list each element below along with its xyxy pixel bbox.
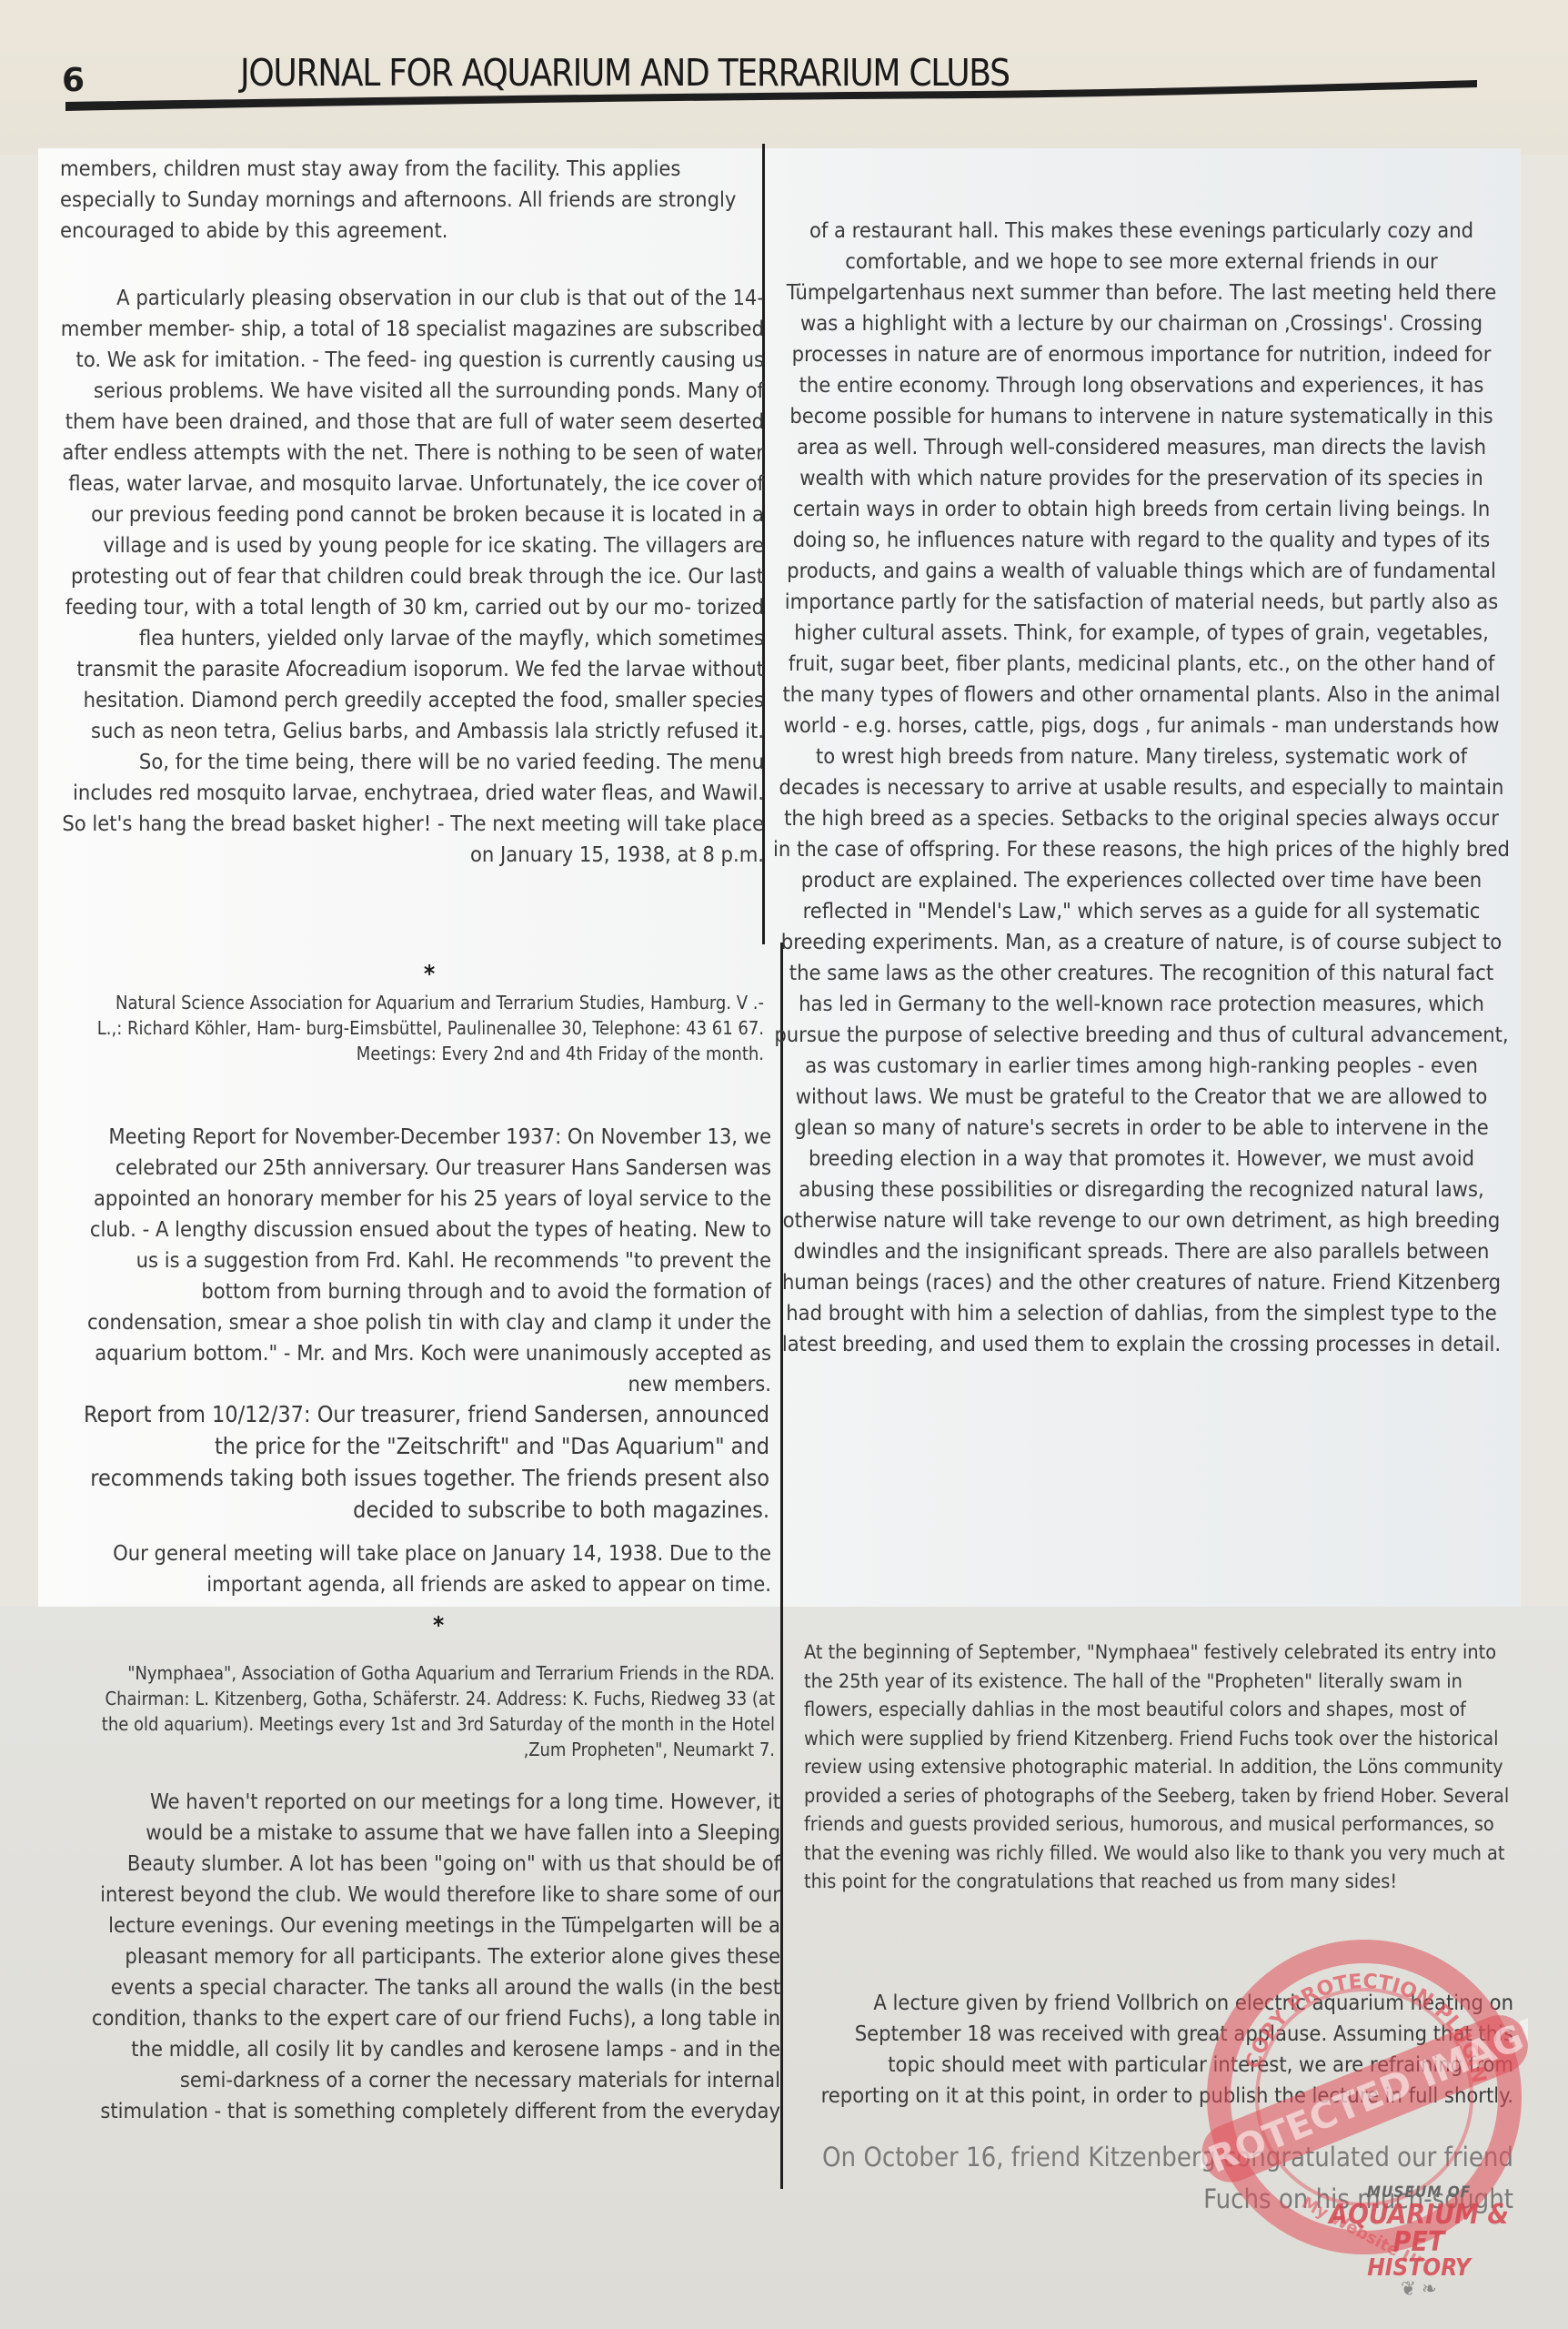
feeding-report-paragraph: A particularly pleasing observation in o… bbox=[60, 282, 764, 870]
section-separator: * bbox=[433, 1612, 444, 1639]
report-10-12-37-paragraph: Report from 10/12/37: Our treasurer, fri… bbox=[78, 1398, 769, 1526]
vollbrich-lecture-paragraph: A lecture given by friend Vollbrich on e… bbox=[804, 1987, 1513, 2111]
october-note-paragraph: On October 16, friend Kitzenberg congrat… bbox=[804, 2136, 1513, 2220]
anniversary-report-paragraph: At the beginning of September, "Nymphaea… bbox=[804, 1638, 1513, 1897]
general-meeting-paragraph: Our general meeting will take place on J… bbox=[87, 1538, 771, 1599]
nymphaea-association-header: "Nymphaea", Association of Gotha Aquariu… bbox=[87, 1660, 775, 1762]
crossings-lecture-paragraph: of a restaurant hall. This makes these e… bbox=[773, 215, 1510, 1359]
nymphaea-report-paragraph: We haven't reported on our meetings for … bbox=[87, 1786, 780, 2126]
meeting-report-paragraph: Meeting Report for November-December 193… bbox=[78, 1121, 771, 1399]
header-rule bbox=[65, 78, 1477, 142]
hamburg-association-header: Natural Science Association for Aquarium… bbox=[87, 990, 764, 1066]
section-separator: * bbox=[424, 961, 435, 988]
intro-paragraph: members, children must stay away from th… bbox=[60, 153, 766, 246]
